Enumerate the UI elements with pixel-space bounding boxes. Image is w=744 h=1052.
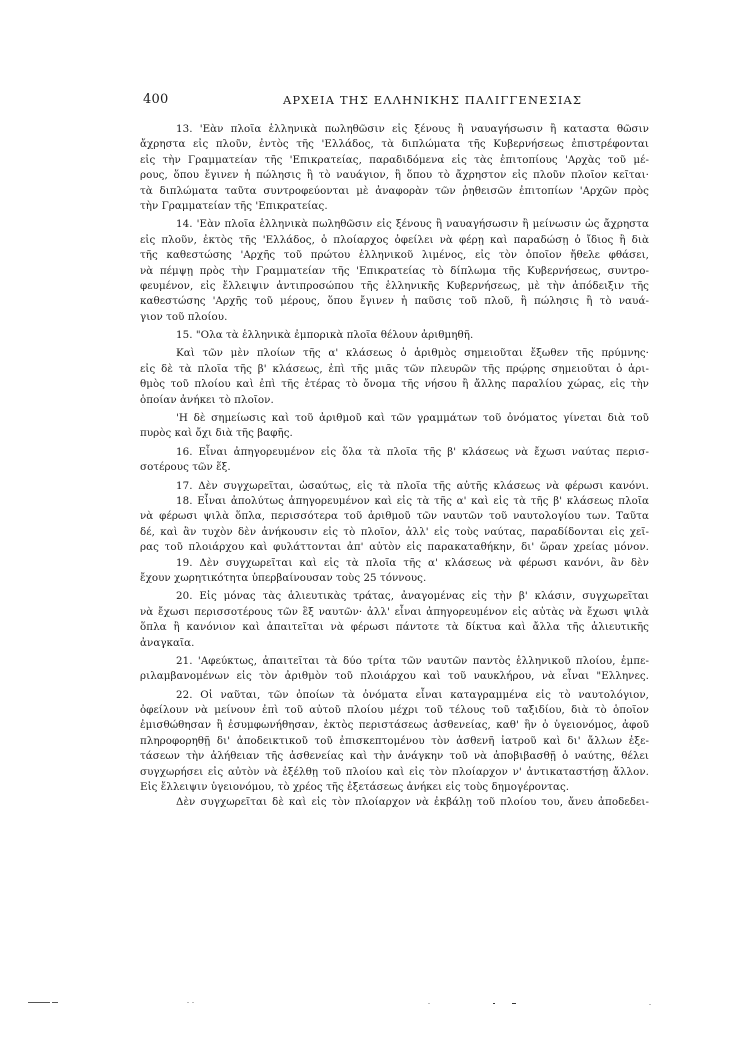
text-line: εἰς τὴν Γραμματείαν τῆς 'Επικρατείας, πα… (140, 153, 649, 168)
text-line: 20. Εἰς μόνας τὰς ἁλιευτικὰς τράτας, ἀνα… (140, 589, 649, 604)
scan-artifact-line (52, 1002, 58, 1003)
text-line: 19. Δὲν συγχωρεῖται καὶ εἰς τὰ πλοῖα τῆς… (140, 556, 649, 571)
scan-artifact-dot (512, 1003, 516, 1004)
text-line: συγχωρήσει εἰς αὐτὸν νὰ ἐξέλθῃ τοῦ πλοίο… (140, 765, 649, 780)
text-line: ρους, ὅπου ἔγινεν ἡ πώλησις ἢ τὸ ναυάγιο… (140, 168, 649, 183)
paragraph-21: 21. 'Αφεύκτως, ἀπαιτεῖται τὰ δύο τρίτα τ… (140, 654, 649, 685)
text-line: ἐμισθώθησαν ἢ ἐσυμφωνήθησαν, ἐκτὸς περισ… (140, 718, 649, 733)
text-line: ἔχουν χωρητικότητα ὑπερβαίνουσαν τοὺς 25… (140, 571, 649, 586)
text-line: νὰ φέρωσι ψιλὰ ὅπλα, περισσότερα τοῦ ἀρι… (140, 509, 649, 524)
paragraph-18: 18. Εἶναι ἀπολύτως ἀπηγορευμένον καὶ εἰς… (140, 494, 649, 556)
text-line: ριλαμβανομένων εἰς τὸν ἀριθμὸν τοῦ πλοιά… (140, 669, 649, 684)
text-line: τῆς καθεστώσης 'Αρχῆς τοῦ πρώτου ἑλληνικ… (140, 248, 649, 263)
paragraph-15-marking: 'Η δὲ σημείωσις καὶ τοῦ ἀριθμοῦ καὶ τῶν … (140, 411, 649, 442)
text-line: 'Η δὲ σημείωσις καὶ τοῦ ἀριθμοῦ καὶ τῶν … (140, 411, 649, 426)
text-line: ἄχρηστα εἰς πλοῦν, ἐντὸς τῆς 'Ελλάδος, τ… (140, 137, 649, 152)
text-line: θμὸς τοῦ πλοίου καὶ ἐπὶ τῆς ἑτέρας τὸ ὄν… (140, 377, 649, 392)
text-line: καθεστώσης 'Αρχῆς τοῦ μέρους, ὅπου ἔγινε… (140, 294, 649, 309)
text-line: 15. "Ολα τὰ ἑλληνικὰ ἐμπορικὰ πλοῖα θέλο… (140, 328, 649, 343)
text-line: πληροφορηθῇ δι' ἀποδεικτικοῦ τοῦ ἐπισκεπ… (140, 734, 649, 749)
text-line: Εἰς ἔλλειψιν ὑγειονόμου, τὸ χρέος τῆς ἐξ… (140, 780, 649, 795)
paragraph-14: 14. 'Εὰν πλοῖα ἑλληνικὰ πωληθῶσιν εἰς ξέ… (140, 217, 649, 325)
scan-artifact-dot (192, 1002, 194, 1003)
scan-artifact-dot (493, 1003, 495, 1004)
paragraph-19: 19. Δὲν συγχωρεῖται καὶ εἰς τὰ πλοῖα τῆς… (140, 556, 649, 587)
text-line: νὰ πέμψῃ πρὸς τὴν Γραμματείαν τῆς 'Επικρ… (140, 264, 649, 279)
text-line: Καὶ τῶν μὲν πλοίων τῆς α' κλάσεως ὁ ἀριθ… (140, 346, 649, 361)
text-line: τὰ διπλώματα ταῦτα συντροφεύονται μὲ ἀνα… (140, 184, 649, 199)
text-line: 22. Οἱ ναῦται, τῶν ὁποίων τὰ ὀνόματα εἶν… (140, 688, 649, 703)
text-line: ὁποίαν ἀνήκει τὸ πλοῖον. (140, 393, 649, 408)
paragraph-13: 13. 'Εὰν πλοῖα ἑλληνικὰ πωληθῶσιν εἰς ξέ… (140, 122, 649, 214)
document-page: 400 ΑΡΧΕΙΑ ΤΗΣ ΕΛΛΗΝΙΚΗΣ ΠΑΛΙΓΓΕΝΕΣΙΑΣ 1… (0, 0, 744, 1052)
text-line: 17. Δὲν συγχωρεῖται, ὡσαύτως, εἰς τὰ πλο… (140, 479, 649, 494)
text-line: 14. 'Εὰν πλοῖα ἑλληνικὰ πωληθῶσιν εἰς ξέ… (140, 217, 649, 232)
text-line: εἰς δὲ τὰ πλοῖα τῆς β' κλάσεως, ἐπὶ τῆς … (140, 362, 649, 377)
text-line: ὀφείλουν νὰ μείνουν ἐπὶ τοῦ αὐτοῦ πλοίου… (140, 703, 649, 718)
text-line: 16. Εἶναι ἀπηγορευμένον εἰς ὅλα τὰ πλοῖα… (140, 445, 649, 460)
text-line: νὰ ἔχωσι περισσοτέρους τῶν ἓξ ναυτῶν· ἀλ… (140, 605, 649, 620)
body-text: 13. 'Εὰν πλοῖα ἑλληνικὰ πωληθῶσιν εἰς ξέ… (176, 122, 649, 811)
text-line: 18. Εἶναι ἀπολύτως ἀπηγορευμένον καὶ εἰς… (140, 494, 649, 509)
scan-artifact-dot (187, 1002, 189, 1003)
text-line: εἰς πλοῦν, ἐκτὸς τῆς 'Ελλάδος, ὁ πλοίαρχ… (140, 233, 649, 248)
text-line: ἀναγκαῖα. (140, 636, 649, 651)
paragraph-17: 17. Δὲν συγχωρεῖται, ὡσαύτως, εἰς τὰ πλο… (140, 479, 649, 494)
text-line: σοτέρους τῶν ἕξ. (140, 460, 649, 475)
running-title: ΑΡΧΕΙΑ ΤΗΣ ΕΛΛΗΝΙΚΗΣ ΠΑΛΙΓΓΕΝΕΣΙΑΣ (283, 93, 582, 107)
scan-artifact-line (28, 1002, 50, 1003)
page-header: 400 ΑΡΧΕΙΑ ΤΗΣ ΕΛΛΗΝΙΚΗΣ ΠΑΛΙΓΓΕΝΕΣΙΑΣ (143, 92, 643, 110)
paragraph-15: 15. "Ολα τὰ ἑλληνικὰ ἐμπορικὰ πλοῖα θέλο… (140, 328, 649, 343)
text-line: Δὲν συγχωρεῖται δὲ καὶ εἰς τὸν πλοίαρχον… (140, 795, 649, 810)
text-line: τάσεων τὴν ἀλήθειαν τῆς ἀσθενείας καὶ τὴ… (140, 749, 649, 764)
text-line: δέ, καὶ ἂν τυχὸν δὲν ἀνήκουσιν εἰς τὸ πλ… (140, 525, 649, 540)
scan-artifact-dot (649, 1004, 651, 1005)
scan-artifact-dot (428, 1003, 430, 1004)
page-number: 400 (143, 92, 168, 107)
text-line: ὅπλα ἢ κανόνιον καὶ ἀπαιτεῖται νὰ φέρωσι… (140, 620, 649, 635)
paragraph-16: 16. Εἶναι ἀπηγορευμένον εἰς ὅλα τὰ πλοῖα… (140, 445, 649, 476)
text-line: τὴν Γραμματείαν τῆς 'Επικρατείας. (140, 199, 649, 214)
text-line: φευμένον, εἰς ἔλλειψιν ἀντιπροσώπου τῆς … (140, 279, 649, 294)
text-line: ρας τοῦ πλοιάρχου καὶ φυλάττονται ἀπ' αὐ… (140, 540, 649, 555)
text-line: 21. 'Αφεύκτως, ἀπαιτεῖται τὰ δύο τρίτα τ… (140, 654, 649, 669)
text-line: 13. 'Εὰν πλοῖα ἑλληνικὰ πωληθῶσιν εἰς ξέ… (140, 122, 649, 137)
paragraph-15-numbering: Καὶ τῶν μὲν πλοίων τῆς α' κλάσεως ὁ ἀριθ… (140, 346, 649, 408)
paragraph-20: 20. Εἰς μόνας τὰς ἁλιευτικὰς τράτας, ἀνα… (140, 589, 649, 651)
text-line: πυρὸς καὶ ὄχι διὰ τῆς βαφῆς. (140, 426, 649, 441)
paragraph-22: 22. Οἱ ναῦται, τῶν ὁποίων τὰ ὀνόματα εἶν… (140, 688, 649, 796)
text-line: γιον τοῦ πλοίου. (140, 310, 649, 325)
paragraph-22-continuation: Δὲν συγχωρεῖται δὲ καὶ εἰς τὸν πλοίαρχον… (140, 795, 649, 810)
